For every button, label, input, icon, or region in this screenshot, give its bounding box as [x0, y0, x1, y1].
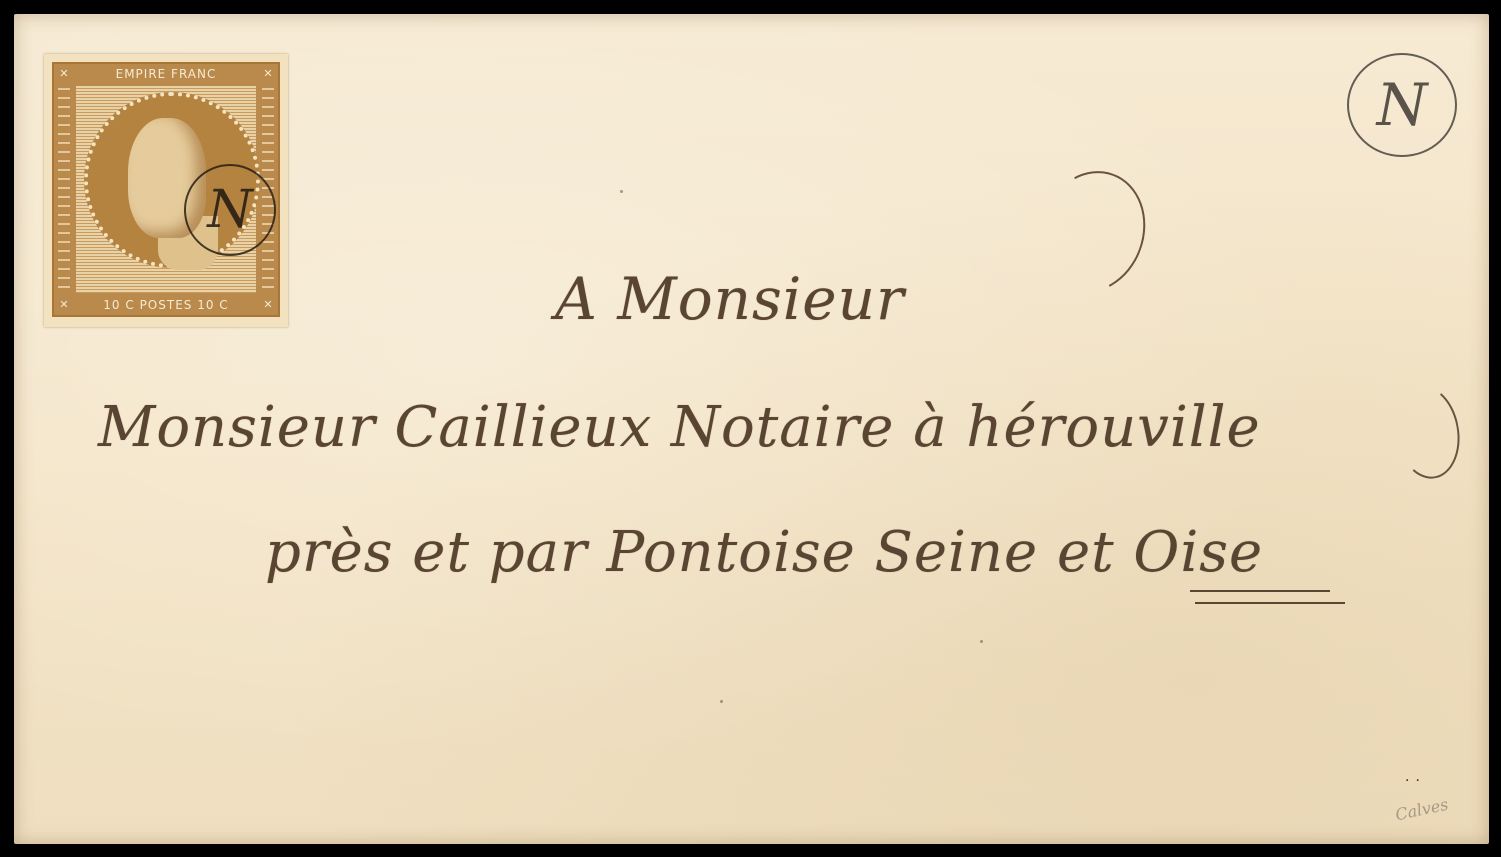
- stamp-bottom-inscription: 10 C POSTES 10 C: [76, 295, 256, 315]
- stamp-corner-ornament: ✕: [54, 295, 74, 315]
- stamp-cancellation-mark: N: [184, 164, 276, 256]
- address-line-2: Monsieur Caillieux Notaire à hérouville: [98, 395, 1261, 460]
- ink-dots: ··: [1405, 773, 1426, 789]
- stamp-corner-ornament: ✕: [258, 64, 278, 84]
- circular-postmark: N: [1347, 53, 1457, 157]
- paper-speck: [620, 190, 623, 193]
- address-line-3: près et par Pontoise Seine et Oise: [265, 520, 1263, 585]
- postage-stamp: ✕ ✕ ✕ ✕ EMPIRE FRANC 10 C POSTES 10 C N: [44, 54, 288, 327]
- stamp-corner-ornament: ✕: [258, 295, 278, 315]
- stamp-side-border: [58, 88, 70, 291]
- paper-speck: [720, 700, 723, 703]
- address-line-1: A Monsieur: [555, 265, 905, 333]
- stamp-corner-ornament: ✕: [54, 64, 74, 84]
- stamp-top-inscription: EMPIRE FRANC: [76, 64, 256, 84]
- paper-speck: [980, 640, 983, 643]
- address-underline: [1195, 602, 1345, 604]
- address-underline: [1190, 590, 1330, 592]
